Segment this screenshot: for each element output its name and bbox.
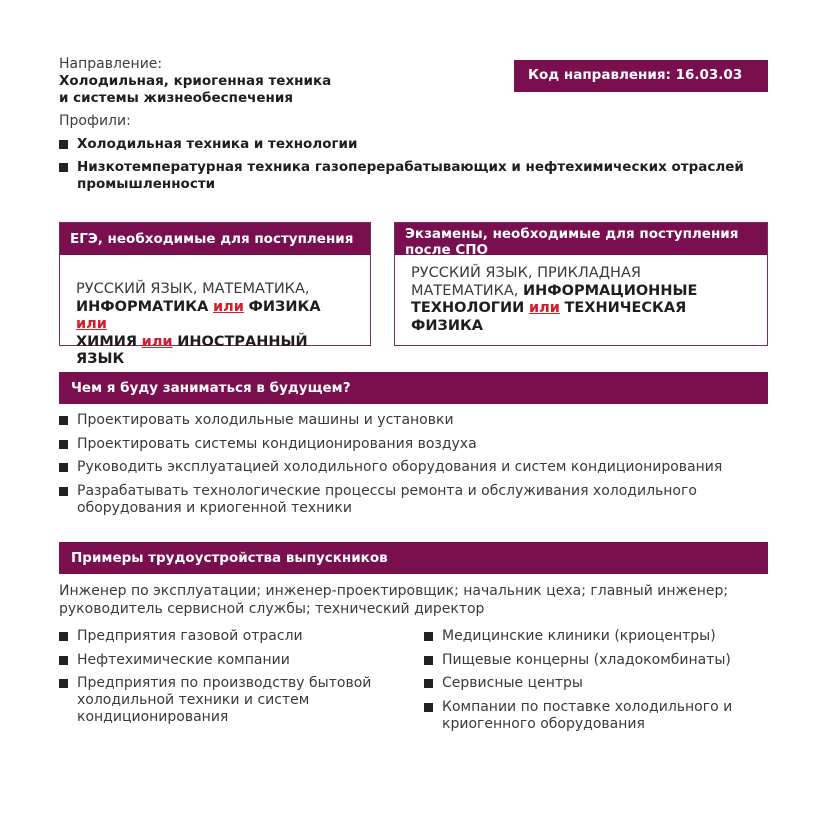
spo-subject: ТЕХНОЛОГИИ <box>411 300 524 316</box>
direction-name-line1: Холодильная, криогенная техника <box>59 73 379 90</box>
future-section-header: Чем я буду заниматься в будущем? <box>59 372 768 404</box>
profile-text: Низкотемпературная техника газоперерабат… <box>77 159 744 192</box>
profiles-label: Профили: <box>59 113 779 130</box>
jobs-section-header: Примеры трудоустройства выпускников <box>59 542 768 574</box>
list-item-text: Нефтехимические компании <box>77 652 290 668</box>
ege-line2: ИНФОРМАТИКА или ФИЗИКА или <box>76 299 354 334</box>
list-item-text: Предприятия газовой отрасли <box>77 628 303 644</box>
ege-exams-box: ЕГЭ, необходимые для поступления РУССКИЙ… <box>59 222 371 346</box>
square-bullet-icon <box>59 140 68 149</box>
list-item: Компании по поставке холодильного и крио… <box>424 699 764 733</box>
list-item: Пищевые концерны (хладокомбинаты) <box>424 652 764 669</box>
spo-line2: МАТЕМАТИКА, ИНФОРМАЦИОННЫЕ <box>411 283 751 301</box>
square-bullet-icon <box>59 440 68 449</box>
list-item: Разрабатывать технологические процессы р… <box>59 483 759 517</box>
spo-subject: ФИЗИКА <box>411 318 483 334</box>
list-item-text: Сервисные центры <box>442 675 583 691</box>
ege-subject: ИНФОРМАТИКА <box>76 299 208 315</box>
square-bullet-icon <box>59 487 68 496</box>
direction-name-line2: и системы жизнеобеспечения <box>59 90 379 107</box>
list-item-text: Проектировать системы кондиционирования … <box>77 436 477 452</box>
list-item-text: Проектировать холодильные машины и устан… <box>77 412 454 428</box>
profile-item: Низкотемпературная техника газоперерабат… <box>59 159 779 193</box>
or-connector: или <box>213 299 244 315</box>
list-item: Проектировать холодильные машины и устан… <box>59 412 759 429</box>
square-bullet-icon <box>59 632 68 641</box>
square-bullet-icon <box>424 656 433 665</box>
spo-line1: РУССКИЙ ЯЗЫК, ПРИКЛАДНАЯ <box>411 265 751 283</box>
list-item: Сервисные центры <box>424 675 764 692</box>
or-connector: или <box>529 300 560 316</box>
future-activities-list: Проектировать холодильные машины и устан… <box>59 412 759 523</box>
list-item-text: Руководить эксплуатацией холодильного об… <box>77 459 722 475</box>
square-bullet-icon <box>59 163 68 172</box>
spo-text: МАТЕМАТИКА, <box>411 283 518 299</box>
square-bullet-icon <box>424 703 433 712</box>
square-bullet-icon <box>59 416 68 425</box>
direction-name: Холодильная, криогенная техника и систем… <box>59 73 379 107</box>
list-item: Руководить эксплуатацией холодильного об… <box>59 459 759 476</box>
list-item: Нефтехимические компании <box>59 652 399 669</box>
spo-exams-box: Экзамены, необходимые для поступления по… <box>394 222 768 346</box>
spo-subjects: РУССКИЙ ЯЗЫК, ПРИКЛАДНАЯ МАТЕМАТИКА, ИНФ… <box>395 255 767 335</box>
job-positions-text: Инженер по эксплуатации; инженер-проекти… <box>59 583 769 618</box>
ege-line3: ХИМИЯ или ИНОСТРАННЫЙ ЯЗЫК <box>76 334 354 369</box>
list-item-text: Пищевые концерны (хладокомбинаты) <box>442 652 731 668</box>
square-bullet-icon <box>59 679 68 688</box>
spo-line3: ТЕХНОЛОГИИ или ТЕХНИЧЕСКАЯ <box>411 300 751 318</box>
list-item-text: Предприятия по производству бытовой холо… <box>77 675 371 725</box>
employers-list-left: Предприятия газовой отрасли Нефтехимичес… <box>59 628 399 733</box>
spo-title: Экзамены, необходимые для поступления по… <box>395 223 767 255</box>
square-bullet-icon <box>424 679 433 688</box>
profile-text: Холодильная техника и технологии <box>77 136 357 152</box>
profiles-list: Холодильная техника и технологии Низкоте… <box>59 136 779 193</box>
direction-code-badge: Код направления: 16.03.03 <box>514 60 768 92</box>
or-connector: или <box>142 334 173 350</box>
employers-list-right: Медицинские клиники (криоцентры) Пищевые… <box>424 628 764 739</box>
or-connector: или <box>76 316 107 332</box>
list-item: Предприятия газовой отрасли <box>59 628 399 645</box>
header-section: Направление: Холодильная, криогенная тех… <box>59 56 779 199</box>
ege-title: ЕГЭ, необходимые для поступления <box>60 223 370 255</box>
list-item-text: Разрабатывать технологические процессы р… <box>77 483 697 516</box>
ege-subject: ФИЗИКА <box>249 299 321 315</box>
spo-line4: ФИЗИКА <box>411 318 751 336</box>
profile-item: Холодильная техника и технологии <box>59 136 779 153</box>
square-bullet-icon <box>424 632 433 641</box>
spo-subject: ИНФОРМАЦИОННЫЕ <box>523 283 697 299</box>
square-bullet-icon <box>59 656 68 665</box>
square-bullet-icon <box>59 463 68 472</box>
ege-subject: ХИМИЯ <box>76 334 137 350</box>
spo-subject: ТЕХНИЧЕСКАЯ <box>565 300 687 316</box>
list-item: Проектировать системы кондиционирования … <box>59 436 759 453</box>
list-item-text: Компании по поставке холодильного и крио… <box>442 699 732 732</box>
ege-subjects: РУССКИЙ ЯЗЫК, МАТЕМАТИКА, ИНФОРМАТИКА ил… <box>60 255 370 369</box>
list-item: Медицинские клиники (криоцентры) <box>424 628 764 645</box>
ege-line1: РУССКИЙ ЯЗЫК, МАТЕМАТИКА, <box>76 281 354 299</box>
list-item: Предприятия по производству бытовой холо… <box>59 675 399 726</box>
list-item-text: Медицинские клиники (криоцентры) <box>442 628 716 644</box>
